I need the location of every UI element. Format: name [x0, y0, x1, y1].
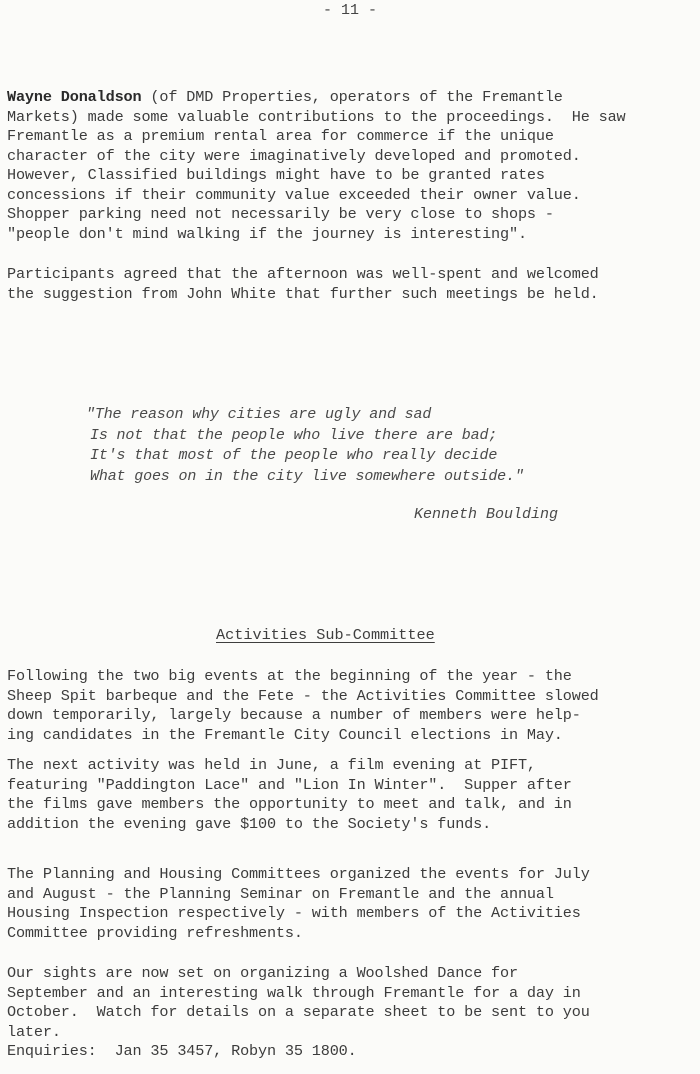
- paragraph-line: addition the evening gave $100 to the So…: [7, 815, 572, 835]
- document-page: - 11 - Wayne Donaldson (of DMD Propertie…: [0, 0, 700, 1074]
- activities-paragraph-3: The Planning and Housing Committees orga…: [7, 865, 590, 943]
- paragraph-line: Following the two big events at the begi…: [7, 667, 599, 687]
- quote-line: It's that most of the people who really …: [90, 446, 524, 467]
- paragraph-line: "people don't mind walking if the journe…: [7, 225, 626, 245]
- paragraph-line: Housing Inspection respectively - with m…: [7, 904, 590, 924]
- paragraph-line: concessions if their community value exc…: [7, 186, 626, 206]
- paragraph-line: down temporarily, largely because a numb…: [7, 706, 599, 726]
- participants-paragraph: Participants agreed that the afternoon w…: [7, 265, 599, 304]
- quote-line: "The reason why cities are ugly and sad: [86, 405, 524, 426]
- paragraph-line: character of the city were imaginatively…: [7, 147, 626, 167]
- paragraph-line: The next activity was held in June, a fi…: [7, 756, 572, 776]
- activities-paragraph-4: Our sights are now set on organizing a W…: [7, 964, 590, 1062]
- quote-line: Is not that the people who live there ar…: [90, 426, 524, 447]
- paragraph-line: September and an interesting walk throug…: [7, 984, 590, 1004]
- quote-author: Kenneth Boulding: [414, 506, 558, 523]
- paragraph-line: The Planning and Housing Committees orga…: [7, 865, 590, 885]
- quote-line: What goes on in the city live somewhere …: [90, 467, 524, 488]
- paragraph-line: October. Watch for details on a separate…: [7, 1003, 590, 1023]
- paragraph-line: Fremantle as a premium rental area for c…: [7, 127, 626, 147]
- paragraph-line: Wayne Donaldson (of DMD Properties, oper…: [7, 88, 626, 108]
- paragraph-line: the films gave members the opportunity t…: [7, 795, 572, 815]
- paragraph-line: Participants agreed that the afternoon w…: [7, 265, 599, 285]
- paragraph-line: later.: [7, 1023, 590, 1043]
- paragraph-line: ing candidates in the Fremantle City Cou…: [7, 726, 599, 746]
- section-heading: Activities Sub-Committee: [216, 626, 435, 644]
- page-number: - 11 -: [0, 2, 700, 19]
- paragraph-line: Committee providing refreshments.: [7, 924, 590, 944]
- person-name: Wayne Donaldson: [7, 88, 141, 106]
- enquiries-line: Enquiries: Jan 35 3457, Robyn 35 1800.: [7, 1042, 590, 1062]
- paragraph-line: the suggestion from John White that furt…: [7, 285, 599, 305]
- paragraph-line: Our sights are now set on organizing a W…: [7, 964, 590, 984]
- activities-paragraph-1: Following the two big events at the begi…: [7, 667, 599, 745]
- paragraph-line: Shopper parking need not necessarily be …: [7, 205, 626, 225]
- paragraph-line: However, Classified buildings might have…: [7, 166, 626, 186]
- paragraph-line: featuring "Paddington Lace" and "Lion In…: [7, 776, 572, 796]
- donaldson-paragraph: Wayne Donaldson (of DMD Properties, oper…: [7, 88, 626, 244]
- quote-block: "The reason why cities are ugly and sad …: [90, 405, 524, 487]
- paragraph-line: Markets) made some valuable contribution…: [7, 108, 626, 128]
- activities-paragraph-2: The next activity was held in June, a fi…: [7, 756, 572, 834]
- paragraph-line: and August - the Planning Seminar on Fre…: [7, 885, 590, 905]
- paragraph-line: Sheep Spit barbeque and the Fete - the A…: [7, 687, 599, 707]
